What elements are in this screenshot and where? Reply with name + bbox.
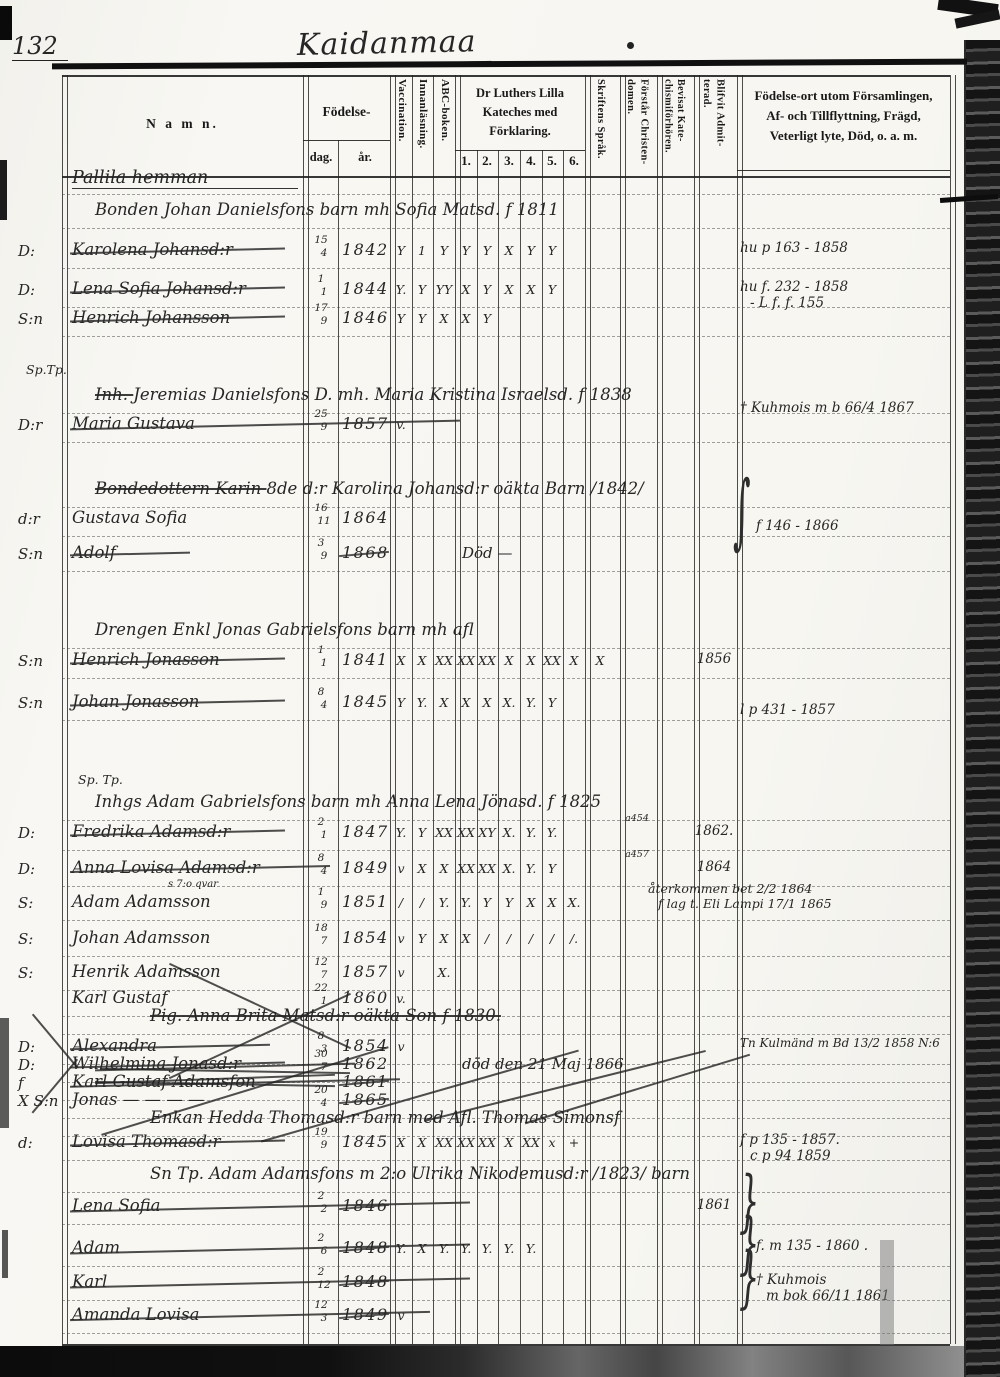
record-row: S:Johan Adamsson1871854vYXX/////.	[0, 926, 1000, 962]
mark-k2: XX	[478, 861, 496, 876]
mark-k1: X	[462, 931, 471, 946]
mark-abc: XX	[435, 825, 453, 840]
birth-day: 212	[305, 1267, 337, 1290]
row-baseline	[62, 194, 950, 195]
family-row: Bonden Johan Danielsfons barn mh Sofia M…	[0, 198, 1000, 234]
birth-year: 1849	[342, 858, 389, 877]
margin-mark: D:	[18, 281, 66, 299]
mark-k6: X.	[568, 895, 581, 910]
birth-day: 259	[305, 409, 337, 432]
row-rule	[62, 75, 950, 77]
birth-day-part: 9	[311, 316, 337, 327]
mark-k2: XY	[478, 825, 495, 840]
birth-day-part: 6	[311, 1246, 337, 1257]
mark-inl: Y	[418, 311, 426, 326]
birth-day-part: 8	[318, 686, 325, 698]
family-header-text: Drengen Enkl Jonas Gabrielsfons barn mh …	[95, 620, 474, 639]
mark-k4: Y	[527, 243, 535, 258]
birth-day: 1611	[305, 503, 337, 526]
scan-artifact	[0, 6, 12, 40]
record-row: S:Adam Adamssons 7:o qvar191851//Y.Y.YYX…	[0, 890, 1000, 926]
mark-inl: Y	[418, 825, 426, 840]
birth-year: 1844	[342, 279, 389, 298]
mark-abc: X	[440, 861, 449, 876]
name-strike	[70, 1277, 470, 1288]
birth-day-part: 2	[318, 1190, 325, 1202]
birth-day-part: 9	[311, 551, 337, 562]
mark-k1: X	[462, 311, 471, 326]
remark-note: † Kuhmois m b 66/4 1867	[740, 400, 914, 416]
margin-note: Sp. Tp.	[78, 772, 123, 787]
mark-abc: Y.	[439, 1241, 450, 1256]
family-header: Drengen Enkl Jonas Gabrielsfons barn mh …	[95, 620, 474, 639]
remark-note: f 146 - 1866	[756, 518, 839, 534]
mark-inl: X	[418, 1135, 427, 1150]
remark-note-line: † Kuhmois m b 66/4 1867	[740, 400, 914, 416]
margin-mark: D:	[18, 860, 66, 878]
mark-k1: Y.	[461, 1241, 472, 1256]
row-baseline	[62, 536, 950, 537]
mark-vacc: Y	[397, 695, 405, 710]
birth-day: 22	[305, 1191, 337, 1214]
family-row: Sn Tp. Adam Adamsfons m 2:o Ulrika Nikod…	[0, 1162, 1000, 1198]
mark-vacc: Y.	[396, 282, 407, 297]
row-baseline	[62, 442, 950, 443]
mark-k4: X	[527, 895, 536, 910]
scan-artifact	[627, 42, 634, 49]
birth-day: 127	[305, 957, 337, 980]
mark-k3: Y	[505, 895, 513, 910]
remark-note-line: Tn Kulmänd m Bd 13/2 1858 N:6	[740, 1036, 940, 1050]
mark-k4: X	[527, 653, 536, 668]
mark-abc: XX	[435, 1135, 453, 1150]
scan-artifact	[52, 59, 967, 70]
birth-day: 154	[305, 235, 337, 258]
mark-k3: X.	[503, 825, 516, 840]
mark-inl: Y	[418, 282, 426, 297]
record-row: D:Anna Lovisa Adamsd:r841849vXXXXXXX.Y.Y…	[0, 856, 1000, 892]
person-name: Maria Gustava	[72, 414, 195, 433]
mark-k2: Y.	[482, 1241, 493, 1256]
margin-mark: S:n	[18, 545, 66, 563]
mark-forstar: a454	[625, 813, 649, 824]
mark-k2: Y	[483, 282, 491, 297]
birth-day-part: 7	[311, 970, 337, 981]
mark-k1: Y.	[461, 895, 472, 910]
birth-day-part: 1	[318, 886, 325, 898]
birth-day-part: 11	[311, 516, 337, 527]
row-rule	[455, 150, 585, 151]
scanned-parish-register-page: 132 Kaidanmaa N a m n. Födelse- dag. år.…	[0, 0, 1000, 1377]
header-ar: år.	[340, 150, 390, 165]
mark-vacc: Y	[397, 243, 405, 258]
header-vaccination: Vaccination.	[394, 79, 408, 173]
mark-k3: /	[507, 931, 511, 946]
mark-abc: X	[440, 311, 449, 326]
mark-inl: X	[418, 653, 427, 668]
mark-k5: Y	[548, 861, 556, 876]
mark-k1: X	[462, 695, 471, 710]
mark-k1: XX	[457, 861, 475, 876]
mark-k4: Y.	[526, 825, 537, 840]
birth-year: 1851	[342, 892, 389, 911]
birth-day-part: 12	[314, 1299, 327, 1311]
remark-note: Tn Kulmänd m Bd 13/2 1858 N:6	[740, 1036, 940, 1050]
margin-mark: S:	[18, 964, 66, 982]
birth-day-part: 25	[314, 408, 327, 420]
family-header: Inh. Jeremias Danielsfons D. mh. Maria K…	[95, 385, 632, 404]
header-innanlasning: Innanläsning.	[415, 79, 429, 173]
margin-mark: S:	[18, 930, 66, 948]
birth-day-part: 1	[311, 658, 337, 669]
margin-mark: S:n	[18, 694, 66, 712]
mark-k4: /	[529, 931, 533, 946]
birth-day-part: 18	[314, 922, 327, 934]
row-baseline	[62, 228, 950, 229]
birth-day-part: 17	[314, 302, 327, 314]
scan-artifact	[880, 1240, 894, 1345]
remark-note: återkommen bet 2/2 1864f lag t. Eli Lamp…	[648, 881, 832, 911]
margin-mark: S:	[18, 894, 66, 912]
row-rule	[303, 140, 390, 141]
page-number: 132	[12, 32, 68, 61]
remark-note-line: f. m 135 - 1860 .	[756, 1238, 868, 1254]
birth-day: 19	[305, 887, 337, 910]
mark-vacc: /	[399, 895, 403, 910]
mark-k6: X	[570, 653, 579, 668]
birth-year: 1842	[342, 240, 389, 259]
birth-day: 187	[305, 923, 337, 946]
birth-day-part: 4	[311, 248, 337, 259]
mark-vacc: Y	[397, 311, 405, 326]
birth-day-part: 9	[311, 900, 337, 911]
mark-vacc: X	[397, 653, 406, 668]
family-header-text: Inhgs Adam Gabrielsfons barn mh Anna Len…	[95, 792, 601, 811]
mark-k2: XX	[478, 653, 496, 668]
record-row: S:nAdolf391868Död —	[0, 541, 1000, 577]
mark-vacc: v	[397, 965, 404, 980]
birth-year: 1845	[342, 692, 389, 711]
margin-mark: D:	[18, 242, 66, 260]
family-header: Sn Tp. Adam Adamsfons m 2:o Ulrika Nikod…	[150, 1164, 690, 1183]
header-skriftens-sprak: Skriftens Språk.	[594, 79, 607, 173]
birth-day-part: 9	[311, 1140, 337, 1151]
birth-year: 1847	[342, 822, 389, 841]
remark-note-line: m bok 66/11 1861	[766, 1288, 890, 1304]
record-row: S:nHenrich Johansson1791846YYXXY	[0, 306, 1000, 342]
record-row: D:Fredrika Adamsd:r211847Y.YXXXXXYX.Y.Y.…	[0, 820, 1000, 856]
mark-k1: Y	[462, 243, 470, 258]
mark-inl: X	[418, 1241, 427, 1256]
birth-day-part: 22	[314, 982, 327, 994]
crossed-text: Inh.	[95, 385, 133, 404]
margin-mark: D:r	[18, 416, 66, 434]
birth-day-part: 2	[311, 1204, 337, 1215]
margin-mark: d:r	[18, 510, 66, 528]
mark-k5: Y	[548, 695, 556, 710]
birth-day-part: 3	[318, 537, 325, 549]
family-header: Bondedottern Karin 8de d:r Karolina Joha…	[95, 479, 644, 498]
birth-year: 1846	[342, 308, 389, 327]
written-across-note: Död —	[462, 544, 512, 562]
row-baseline	[62, 720, 950, 721]
family-header: Inhgs Adam Gabrielsfons barn mh Anna Len…	[95, 792, 601, 811]
birth-day: 204	[305, 1085, 337, 1108]
birth-day: 84	[305, 853, 337, 876]
remark-note-line: l p 431 - 1857	[740, 702, 835, 718]
mark-k4: Y.	[526, 695, 537, 710]
mark-blifvit: 1864	[697, 859, 731, 875]
remark-note-line: hu f. 232 - 1858	[740, 279, 848, 295]
mark-vacc: X	[397, 1135, 406, 1150]
remark-note: hu p 163 - 1858	[740, 240, 848, 256]
family-header: Pig. Anna Brita Matsd:r oäkta Son f 1830…	[150, 1006, 501, 1025]
mark-k4: X	[527, 282, 536, 297]
birth-day: 123	[305, 1300, 337, 1323]
mark-k3: X.	[503, 695, 516, 710]
crossed-text: Bondedottern Karin	[95, 479, 267, 498]
mark-k2: X	[483, 695, 492, 710]
mark-k4: Y.	[526, 1241, 537, 1256]
mark-k6: /.	[570, 931, 578, 946]
mark-vacc: v	[397, 861, 404, 876]
remark-note-line: återkommen bet 2/2 1864	[648, 881, 832, 896]
mark-k3: Y.	[504, 1241, 515, 1256]
mark-k2: /	[485, 931, 489, 946]
mark-k2: Y	[483, 243, 491, 258]
header-fodelse: Födelse-	[303, 104, 390, 120]
remark-note: f. m 135 - 1860 .	[756, 1238, 868, 1254]
mark-k2: Y	[483, 311, 491, 326]
mark-k3: X	[505, 282, 514, 297]
scan-artifact	[0, 1018, 9, 1128]
mark-inl: Y	[418, 931, 426, 946]
birth-day-part: 12	[311, 1280, 337, 1291]
mark-k5: Y.	[547, 825, 558, 840]
birth-day: 11	[305, 645, 337, 668]
scan-artifact	[0, 160, 7, 220]
record-row: D:Karolena Johansd:r1541842Y1YYYXYYhu p …	[0, 238, 1000, 274]
birth-day-part: 16	[314, 502, 327, 514]
mark-inl: /	[420, 895, 424, 910]
birth-day-part: 1	[311, 830, 337, 841]
mark-k5: Y	[548, 243, 556, 258]
header-namn: N a m n.	[62, 116, 303, 132]
birth-day-part: 4	[311, 866, 337, 877]
birth-day-part: 2	[318, 1232, 325, 1244]
row-baseline	[62, 920, 950, 921]
birth-day-part: 8	[318, 852, 325, 864]
remark-note: † Kuhmoism bok 66/11 1861	[756, 1272, 890, 1304]
remark-note-line: f lag t. Eli Lampi 17/1 1865	[658, 896, 832, 911]
row-baseline	[62, 678, 950, 679]
family-header: Bonden Johan Danielsfons barn mh Sofia M…	[95, 200, 559, 219]
mark-k1: XX	[457, 653, 475, 668]
mark-k5: Y	[548, 282, 556, 297]
remark-note: l p 431 - 1857	[740, 702, 835, 718]
birth-day-part: 19	[314, 1126, 327, 1138]
birth-year: 1857	[342, 414, 389, 433]
birth-day-part: 4	[311, 700, 337, 711]
record-row: Lena Sofia2218461861}	[0, 1194, 1000, 1230]
row-baseline	[62, 1333, 950, 1334]
family-header-text: Pig. Anna Brita Matsd:r oäkta Son f 1830…	[150, 1006, 501, 1025]
scan-artifact	[2, 1230, 8, 1278]
family-header-text: Bonden Johan Danielsfons barn mh Sofia M…	[95, 200, 559, 219]
row-baseline	[62, 571, 950, 572]
row-baseline	[62, 1192, 950, 1193]
margin-mark: d:	[18, 1134, 66, 1152]
mark-k3: X	[505, 653, 514, 668]
birth-day-part: 2	[318, 816, 325, 828]
mark-k2: Y	[483, 895, 491, 910]
birth-year: 1841	[342, 650, 389, 669]
margin-mark: S:n	[18, 310, 66, 328]
record-row: Karl2121848}† Kuhmoism bok 66/11 1861	[0, 1270, 1000, 1306]
mark-k4: Y.	[526, 861, 537, 876]
birth-day-part: 2	[318, 1266, 325, 1278]
margin-mark: D:	[18, 824, 66, 842]
margin-mark: S:n	[18, 652, 66, 670]
person-name: Gustava Sofia	[72, 508, 187, 527]
name-strike	[70, 1243, 470, 1254]
mark-k2: XX	[478, 1135, 496, 1150]
family-header: Enkan Hedda Thomasd:r barn med Afl. Thom…	[150, 1108, 620, 1127]
row-baseline	[62, 956, 950, 957]
mark-k1: XX	[457, 825, 475, 840]
header-forstar-christendomen: Förstår Christen- domen.	[624, 79, 650, 173]
birth-year: 1857	[342, 962, 389, 981]
birth-day-part: 1	[318, 273, 325, 285]
header-bevisat-katechismiforhoren: Bevisat Kate- chismiförhören.	[661, 79, 686, 173]
mark-vacc: Y.	[396, 825, 407, 840]
birth-day: 199	[305, 1127, 337, 1150]
scan-edge-strip	[964, 40, 1000, 1377]
mark-k3: X.	[503, 861, 516, 876]
mark-k4: XX	[522, 1135, 540, 1150]
farm-row: Pallila hemman	[0, 166, 1000, 202]
mark-forstar: a457	[625, 849, 649, 860]
mark-k6: +	[569, 1135, 579, 1150]
birth-day: 39	[305, 538, 337, 561]
birth-day-part: 1	[318, 644, 325, 656]
mark-vacc: Y.	[396, 1241, 407, 1256]
birth-year: 1845	[342, 1132, 389, 1151]
mark-k5: /	[550, 931, 554, 946]
person-name: Johan Adamsson	[72, 928, 210, 947]
birth-year: 1864	[342, 508, 389, 527]
person-name: Adam Adamsson	[72, 892, 211, 911]
header-anmarkningar: Födelse-ort utom Församlingen, Af- och T…	[739, 86, 948, 146]
mark-k5: X	[548, 895, 557, 910]
record-row: S:nHenrich Jonasson111841XXXXXXXXXXXXXX1…	[0, 648, 1000, 684]
mark-k5: x	[548, 1135, 555, 1150]
record-row: Adam261848Y.XY.Y.Y.Y.Y.}f. m 135 - 1860 …	[0, 1236, 1000, 1272]
mark-abc: X	[440, 931, 449, 946]
scan-bottom-band	[0, 1346, 964, 1377]
header-blifvit-admitterad: Blifvit Admit- terad.	[700, 79, 726, 173]
mark-k3: X	[505, 1135, 514, 1150]
mark-blifvit: 1856	[697, 651, 731, 667]
mark-skrift: X	[596, 653, 605, 668]
record-row: d:rGustava Sofia16111864∫f 146 - 1866	[0, 506, 1000, 542]
birth-year: 1854	[342, 928, 389, 947]
family-header-text: Jeremias Danielsfons D. mh. Maria Kristi…	[133, 385, 631, 404]
remark-note-line: f p 135 - 1857.	[740, 1132, 840, 1148]
mark-vacc: v.	[396, 417, 406, 432]
person-name: Amanda Lovisa	[72, 1305, 199, 1324]
mark-inl: Y.	[417, 695, 428, 710]
remark-note-line: † Kuhmois	[756, 1272, 890, 1288]
header-abc-boken: ABC-boken.	[437, 79, 451, 173]
record-row: Amanda Lovisa1231849v	[0, 1303, 1000, 1339]
birth-day-part: 15	[314, 234, 327, 246]
birth-day: 26	[305, 1233, 337, 1256]
birth-day: 11	[305, 274, 337, 297]
record-row: D:rMaria Gustava2591857v.† Kuhmois m b 6…	[0, 412, 1000, 448]
birth-day-part: 7	[311, 936, 337, 947]
mark-abc: X.	[438, 965, 451, 980]
mark-abc: Y	[440, 243, 448, 258]
row-baseline	[62, 1266, 950, 1267]
family-header-text: 8de d:r Karolina Johansd:r oäkta Barn /1…	[267, 479, 644, 498]
mark-k1: X	[462, 282, 471, 297]
mark-k3: X	[505, 243, 514, 258]
row-baseline	[62, 850, 950, 851]
remark-note-line: f 146 - 1866	[756, 518, 839, 534]
header-kateches: Dr Luthers Lilla Kateches med Förklaring…	[455, 84, 585, 140]
row-baseline	[62, 336, 950, 337]
birth-day-part: 3	[311, 1313, 337, 1324]
remark-note-line: hu p 163 - 1858	[740, 240, 848, 256]
mark-blifvit: 1861	[697, 1197, 731, 1213]
mark-inl: 1	[418, 243, 426, 258]
person-name-note: s 7:o qvar	[168, 879, 218, 890]
mark-k5: XX	[543, 653, 561, 668]
mark-vacc: v	[397, 931, 404, 946]
mark-abc: Y.	[439, 895, 450, 910]
margin-note: Sp.Tp.	[26, 362, 67, 377]
remark-note: f p 135 - 1857.c p 94 1859	[740, 1132, 840, 1164]
birth-day-part: 1	[311, 287, 337, 298]
mark-vacc: v	[397, 1308, 404, 1323]
family-header-text: Enkan Hedda Thomasd:r barn med Afl. Thom…	[150, 1108, 620, 1127]
row-baseline	[62, 268, 950, 269]
birth-day: 84	[305, 687, 337, 710]
mark-k1: XX	[457, 1135, 475, 1150]
birth-day-part: 9	[311, 422, 337, 433]
farm-name: Pallila hemman	[72, 168, 298, 189]
mark-abc: X	[440, 695, 449, 710]
family-header-text: Sn Tp. Adam Adamsfons m 2:o Ulrika Nikod…	[150, 1164, 690, 1183]
record-row: d:Lovisa Thomasd:r1991845XXXXXXXXXXXx+f …	[0, 1130, 1000, 1166]
birth-day: 179	[305, 303, 337, 326]
birth-day: 21	[305, 817, 337, 840]
row-baseline	[62, 1224, 950, 1225]
mark-abc: YY	[436, 282, 453, 297]
birth-day-part: 30	[314, 1048, 327, 1060]
mark-blifvit: 1862.	[695, 823, 734, 839]
mark-abc: XX	[435, 653, 453, 668]
record-row: S:nJohan Jonasson841845YY.XXXX.Y.Yl p 43…	[0, 690, 1000, 726]
mark-inl: X	[418, 861, 427, 876]
birth-day-part: 12	[314, 956, 327, 968]
